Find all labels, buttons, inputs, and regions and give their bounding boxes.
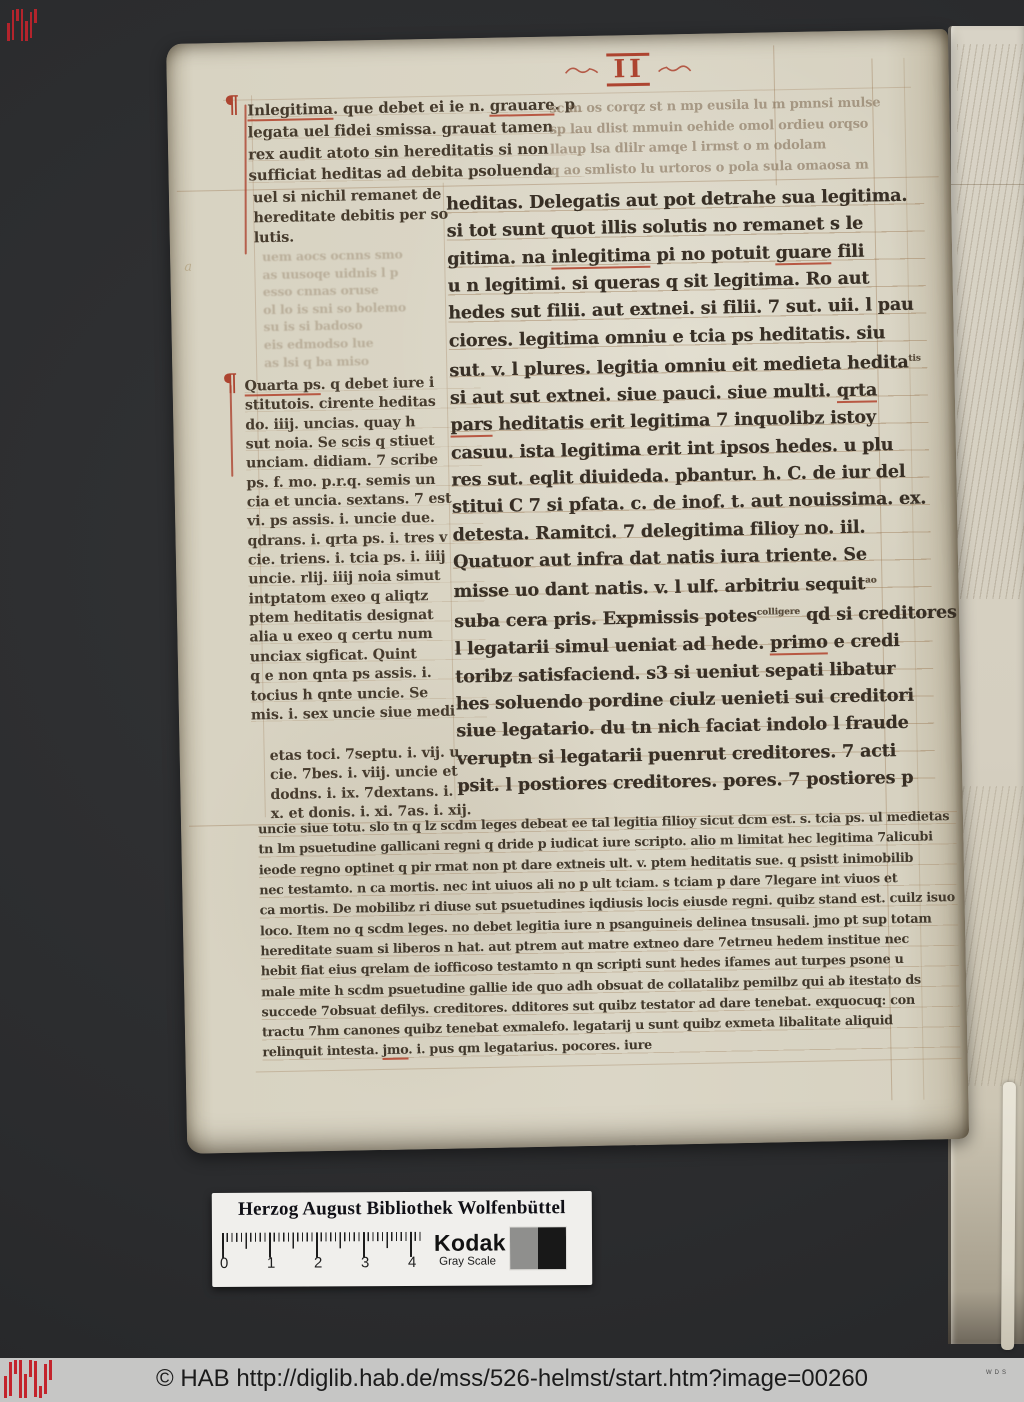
ruler-number: 1 — [264, 1255, 278, 1272]
red-bracket — [230, 385, 234, 477]
ruler-number: 0 — [217, 1255, 231, 1272]
text-line: mis. i. sex uncie siue medi — [251, 702, 487, 726]
flourish-icon — [564, 63, 598, 78]
show-through-text-upper — [957, 44, 1024, 599]
manuscript-page: II a ¶ Inlegitima. que debet ei ie n. gr… — [166, 29, 969, 1154]
paragraph-mark: ¶ — [224, 95, 240, 115]
scale-card: Herzog August Bibliothek Wolfenbüttel 0 … — [212, 1191, 592, 1287]
gloss-faded: uem aocs ocnns smoas uusoqe uidnis l pes… — [262, 245, 448, 372]
ruler-number: 2 — [311, 1254, 325, 1271]
registration-mark-top-left — [7, 9, 37, 41]
ruler-number: 3 — [358, 1254, 372, 1271]
flourish-icon — [658, 61, 692, 76]
red-bracket — [244, 104, 246, 254]
stacked-page-edges — [1001, 1082, 1016, 1350]
text-line: as lsi q ba miso — [264, 350, 448, 371]
main-text-block: heditas. Delegatis aut pot detrahe sua l… — [446, 181, 936, 799]
photo-background: II a ¶ Inlegitima. que debet ei ie n. gr… — [0, 0, 1024, 1402]
quire-letter: a — [184, 260, 192, 275]
registration-mark-bottom-left — [4, 1360, 52, 1398]
gloss-top-right-faint: sc m os corqz st n mp eusila lu m pmnsi … — [549, 93, 903, 182]
heading-numeral-group: II — [564, 52, 692, 87]
scale-card-title: Herzog August Bibliothek Wolfenbüttel — [212, 1197, 592, 1221]
gray-scale-patch — [510, 1227, 566, 1269]
gray-scale-label: Gray Scale — [439, 1256, 496, 1268]
caption-bar: © HAB http://diglib.hab.de/mss/526-helms… — [0, 1358, 1024, 1402]
kodak-brand: Kodak — [434, 1229, 506, 1256]
ruling-line — [951, 184, 1024, 185]
ruler-number: 4 — [405, 1254, 419, 1271]
heading-numeral: II — [606, 53, 650, 87]
caption-text: © HAB http://diglib.hab.de/mss/526-helms… — [0, 1358, 1024, 1402]
photographer-mark: WDS — [986, 1370, 1009, 1376]
gloss-top-left: Inlegitima. que debet ei ie n. grauare. … — [247, 94, 585, 188]
bottom-text-block: uncie siue totu. slo tn q lz scdm leges … — [258, 807, 961, 1064]
